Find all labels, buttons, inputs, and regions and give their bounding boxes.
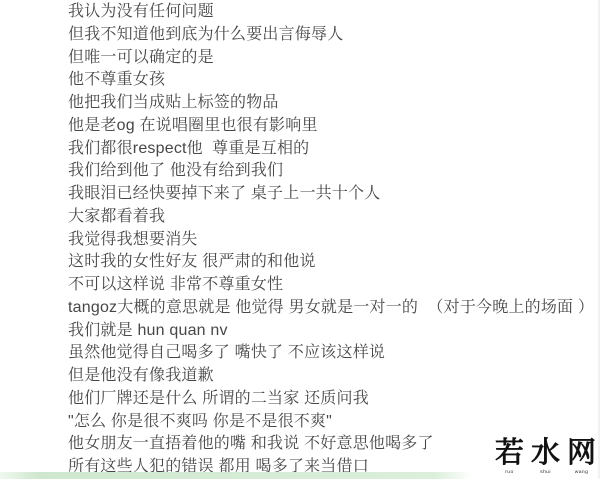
text-line: 我们就是 hun quan nv (68, 320, 568, 343)
text-line: "怎么 你是很不爽吗 你是不是很不爽" (68, 411, 568, 434)
watermark-subtext: wang (575, 469, 589, 474)
text-line: tangoz大概的意思就是 他觉得 男女就是一对一的 （对于今晚上的场面 ） (68, 297, 568, 320)
watermark-char: 若 (495, 439, 524, 468)
text-line: 他女朋友一直捂着他的嘴 和我说 不好意思他喝多了 (68, 433, 568, 456)
ruoshui-watermark: 若ruo水shui网wang (495, 439, 596, 475)
text-line: 他们厂牌还是什么 所谓的二当家 还质问我 (68, 388, 568, 411)
text-line: 他把我们当成贴上标签的物品 (68, 92, 568, 115)
text-line: 他不尊重女孩 (68, 69, 568, 92)
text-line: 我眼泪已经快要掉下来了 桌子上一共十个人 (68, 183, 568, 206)
text-line: 但唯一可以确定的是 (68, 47, 568, 70)
text-line: 我们给到他了 他没有给到我们 (68, 160, 568, 183)
text-line: 我们都很respect他 尊重是互相的 (68, 138, 568, 161)
watermark-column: 网wang (567, 439, 596, 475)
watermark-column: 若ruo (495, 439, 524, 475)
watermark-subtext: ruo (505, 469, 513, 474)
watermark-column: 水shui (531, 439, 560, 475)
chat-transcript: 我认为没有任何问题但我不知道他到底为什么要出言侮辱人但唯一可以确定的是他不尊重女… (68, 1, 568, 479)
text-line: 我认为没有任何问题 (68, 1, 568, 24)
text-line: 我觉得我想要消失 (68, 229, 568, 252)
text-line: 不可以这样说 非常不尊重女性 (68, 274, 568, 297)
text-line: 但我不知道他到底为什么要出言侮辱人 (68, 24, 568, 47)
text-line: 虽然他觉得自己喝多了 嘴快了 不应该这样说 (68, 342, 568, 365)
text-line: 这时我的女性好友 很严肃的和他说 (68, 251, 568, 274)
text-screenshot-page: 我认为没有任何问题但我不知道他到底为什么要出言侮辱人但唯一可以确定的是他不尊重女… (0, 0, 600, 479)
bottom-green-highlight-bar (0, 472, 472, 479)
text-line: 大家都看着我 (68, 206, 568, 229)
text-line: 他是老og 在说唱圈里也很有影响里 (68, 115, 568, 138)
watermark-char: 水 (531, 439, 560, 468)
watermark-subtext: shui (540, 469, 551, 474)
watermark-char: 网 (567, 439, 596, 468)
text-line: 但是他没有像我道歉 (68, 365, 568, 388)
